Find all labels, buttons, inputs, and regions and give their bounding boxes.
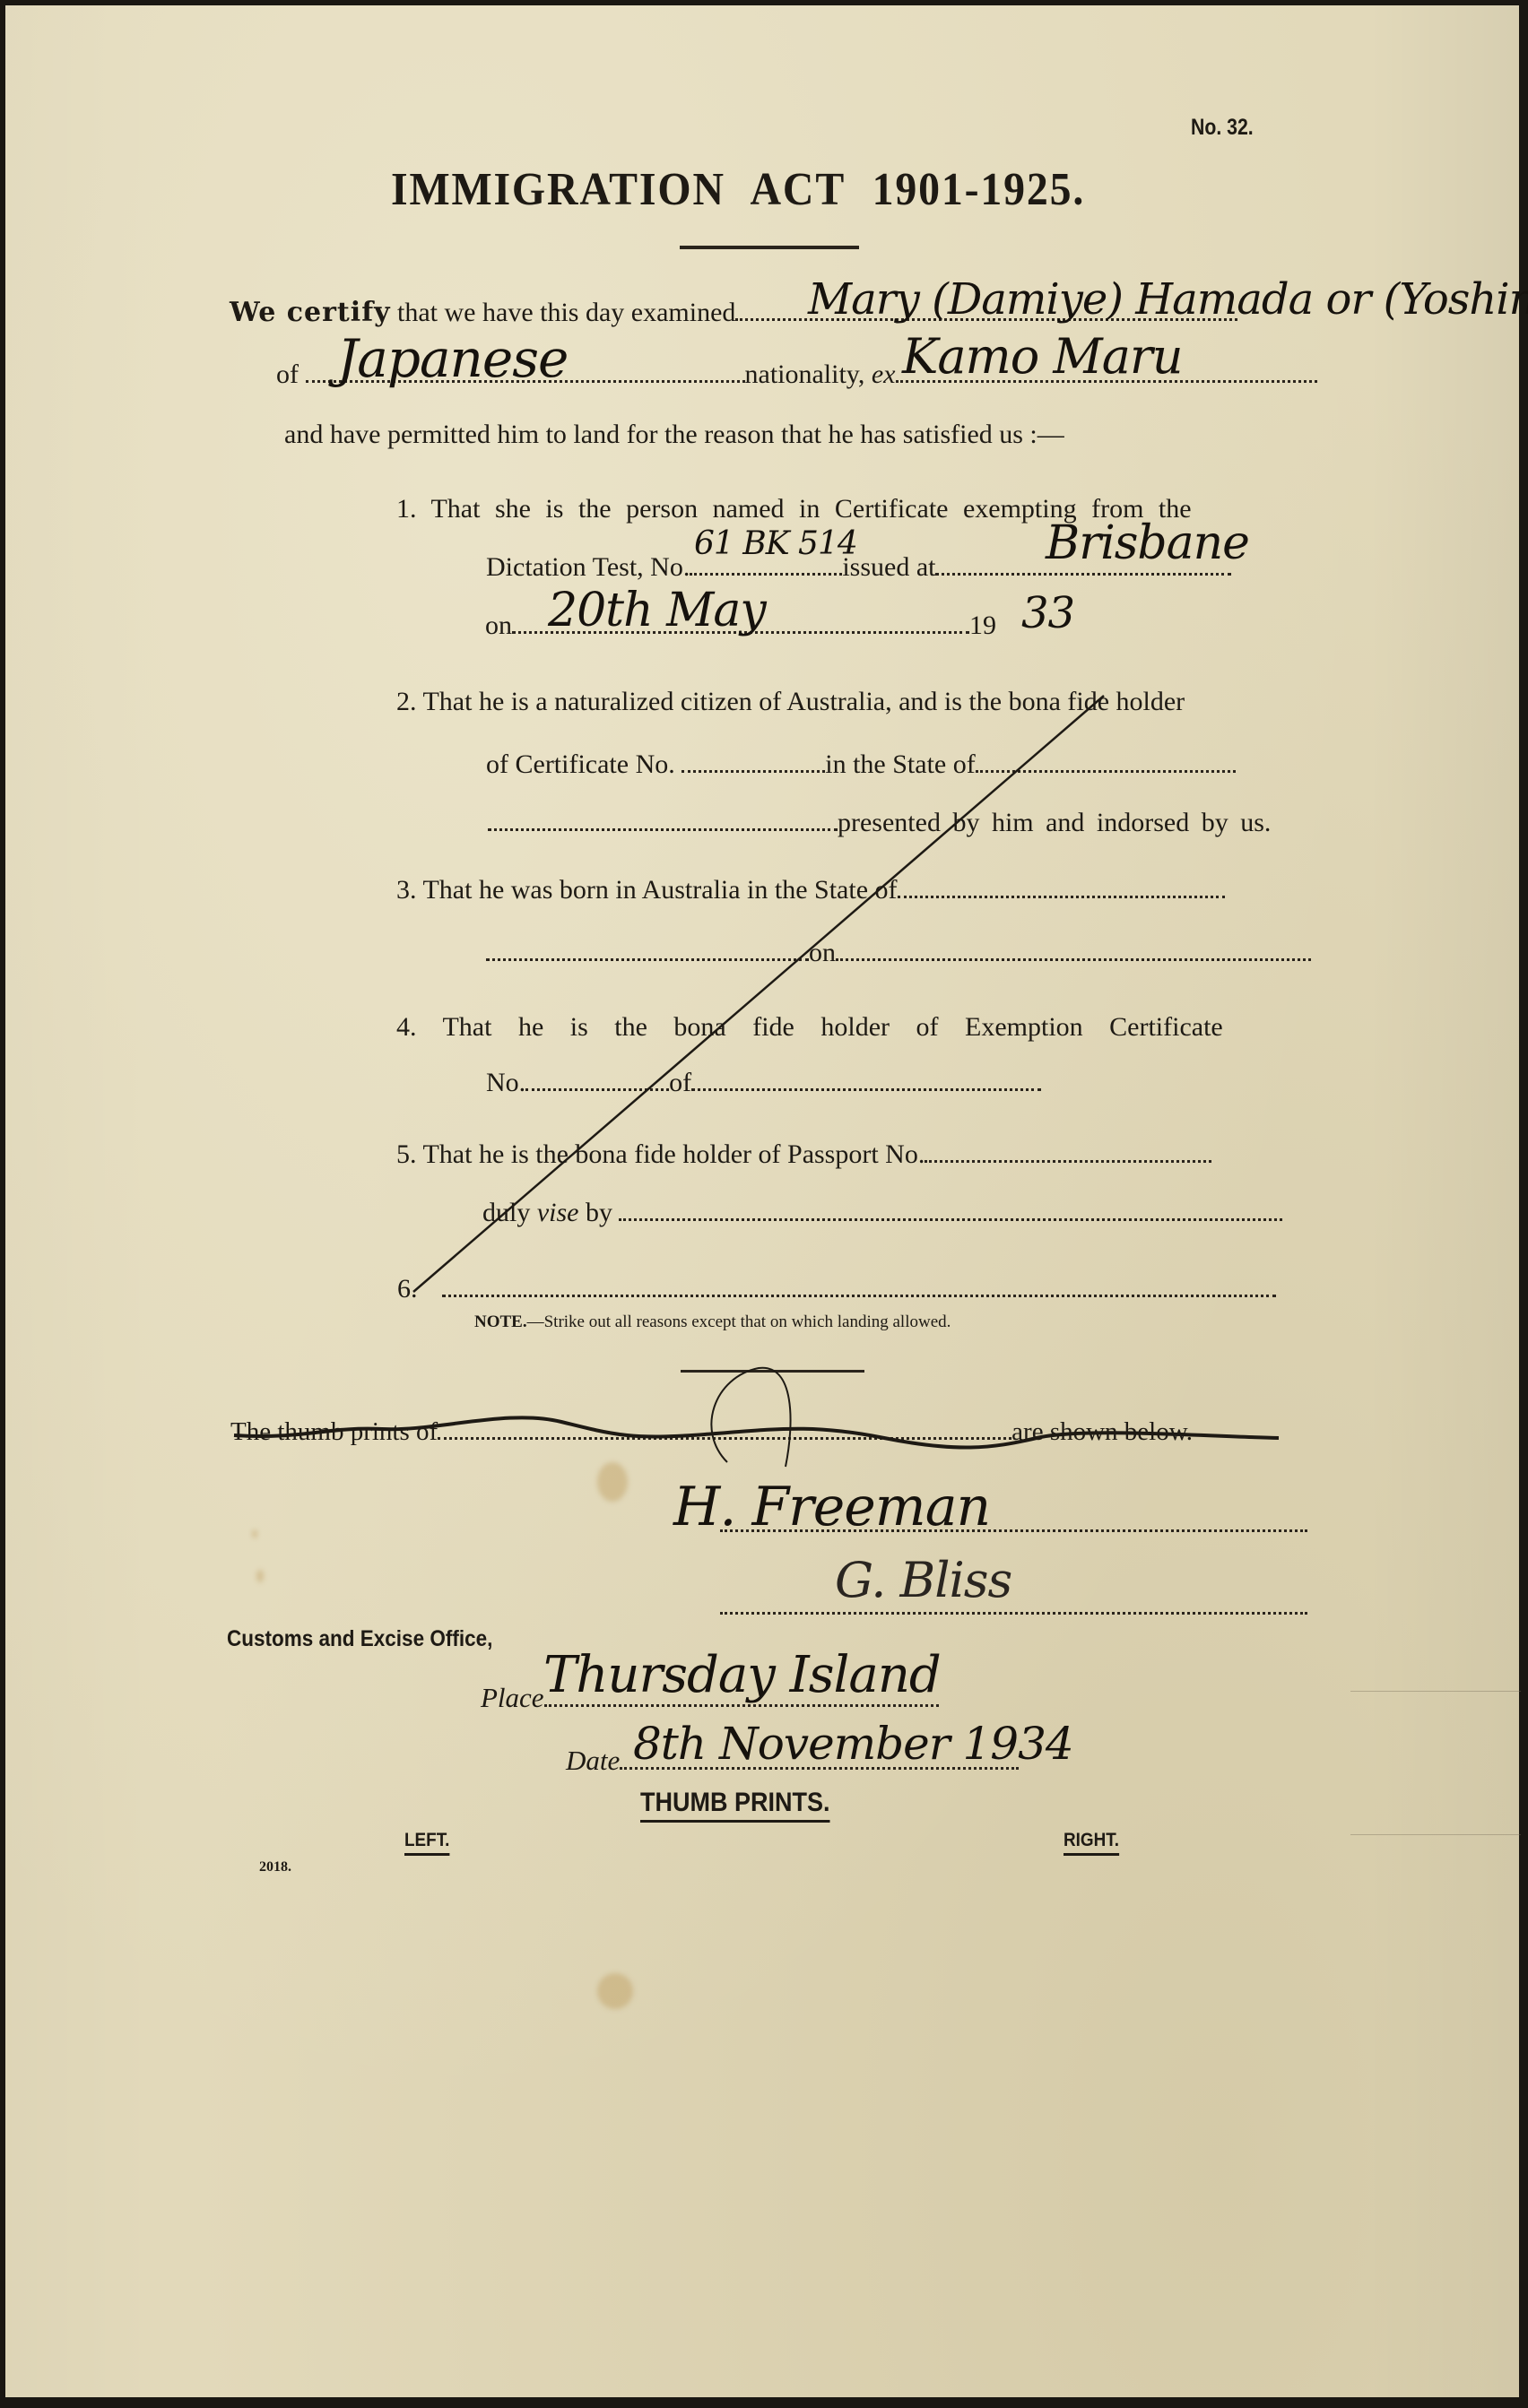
left-thumb-label: LEFT. [404, 1830, 449, 1856]
thumb-prints-heading: THUMB PRINTS. [640, 1788, 830, 1823]
place-label: Place [481, 1682, 544, 1713]
officer-signature-2: G. Bliss [835, 1552, 1011, 1608]
date-label: Date [566, 1745, 620, 1776]
left-thumb-print-area [230, 1897, 732, 2345]
signature-line-1 [720, 1520, 1307, 1537]
right-thumb-print-area [812, 1897, 1315, 2345]
document-page: No. 32. IMMIGRATION ACT 1901-1925. We ce… [5, 5, 1519, 2397]
right-thumb-label: RIGHT. [1064, 1830, 1119, 1856]
place-handwritten: Thursday Island [543, 1646, 941, 1704]
signature-line-2 [720, 1603, 1307, 1619]
signature-field-2 [720, 1611, 1307, 1615]
customs-office-label: Customs and Excise Office, [227, 1626, 492, 1652]
signature-field-1 [720, 1529, 1307, 1532]
printer-code: 2018. [259, 1859, 291, 1875]
fold-crease [1350, 1691, 1521, 1692]
date-handwritten: 8th November 1934 [633, 1718, 1073, 1770]
fold-crease [1350, 1834, 1521, 1835]
